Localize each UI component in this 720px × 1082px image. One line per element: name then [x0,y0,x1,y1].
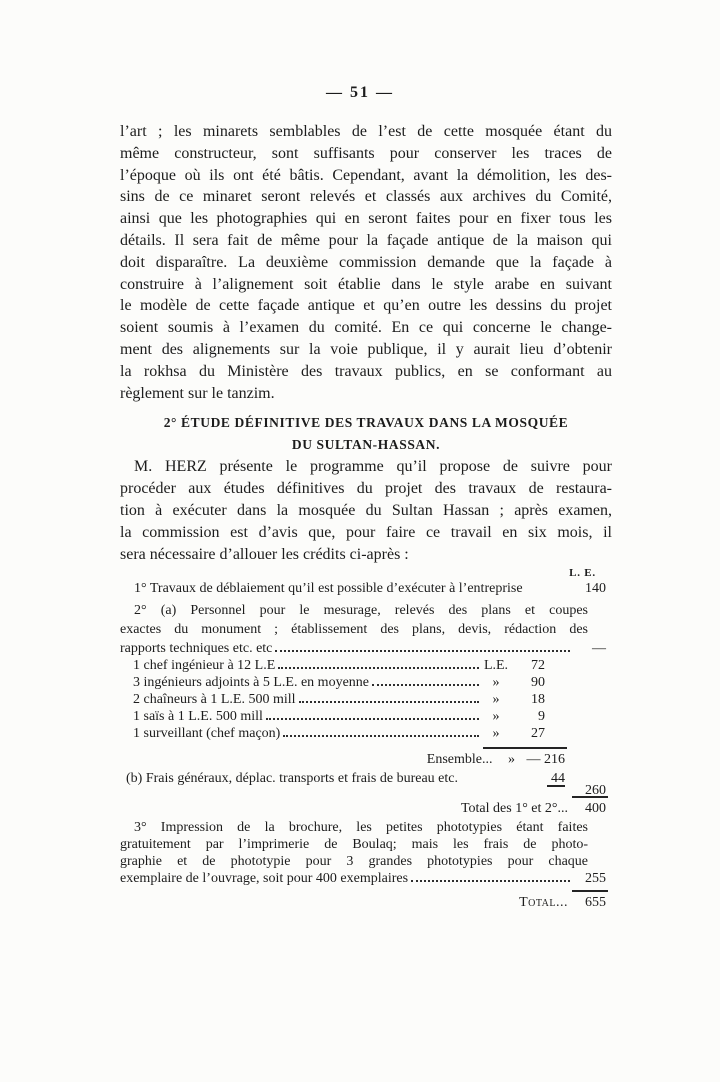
row-text: 1 chef ingénieur à 12 L.E [120,657,481,674]
text-line: ment des alignements sur la voie publiqu… [120,339,612,361]
row-text: Ensemble... [120,751,497,768]
row-text: 3° Impression de la brochure, les petite… [120,819,588,836]
budget-table: L. E.1° Travaux de déblaiement qu’il est… [120,567,612,911]
row-text: 1 saïs à 1 L.E. 500 mill [120,708,481,725]
budget-row: 260 [120,787,612,793]
row-text: (b) Frais généraux, déplac. transports e… [120,770,531,787]
currency-symbol: » [481,708,511,725]
budget-row: exemplaire de l’ouvrage, soit pour 400 e… [120,870,612,887]
budget-row: Total des 1° et 2°...400 [120,800,612,817]
budget-row: graphie et de phototypie pour 3 grandes … [120,853,612,870]
currency-symbol: » [481,674,511,691]
amount-inner: 18 [511,691,545,708]
row-label: 3 ingénieurs adjoints à 5 L.E. en moyenn… [133,674,369,691]
text-line: sins de ce minaret seront relevés et cla… [120,186,612,208]
section-heading-line1: 2° ÉTUDE DÉFINITIVE DES TRAVAUX DANS LA … [120,412,612,434]
amount-inner: 27 [511,725,545,742]
row-label: rapports techniques etc. etc [120,640,272,657]
budget-row: 1 chef ingénieur à 12 L.EL.E.72 [120,657,612,674]
currency-symbol: L.E. [481,657,511,674]
text-line: la commission est d’avis que, pour faire… [120,522,612,544]
text-line: l’époque où ils ont été bâtis. Cependant… [120,165,612,187]
amount-inner: 72 [511,657,545,674]
budget-row: 1 surveillant (chef maçon)»27 [120,725,612,742]
budget-row: rapports techniques etc. etc— [120,640,612,657]
sum-rule [572,796,608,798]
row-text: 1 surveillant (chef maçon) [120,725,481,742]
budget-row: (b) Frais généraux, déplac. transports e… [120,770,612,787]
text-line: ainsi que les photographies qui en seron… [120,208,612,230]
row-text: 1° Travaux de déblaiement qu’il est poss… [120,580,572,597]
leader-dots [283,735,479,737]
row-text: 2 chaîneurs à 1 L.E. 500 mill [120,691,481,708]
row-label: 1° Travaux de déblaiement qu’il est poss… [134,580,523,597]
page-number: — 51 — [0,84,720,102]
row-text: rapports techniques etc. etc [120,640,572,657]
budget-row: L. E. [120,567,612,580]
budget-row: 1 saïs à 1 L.E. 500 mill»9 [120,708,612,725]
row-text: graphie et de phototypie pour 3 grandes … [120,853,588,870]
text-line: l’art ; les minarets semblables de l’est… [120,121,612,143]
currency-header: L. E. [120,567,612,580]
paragraph-2: M. HERZ présente le programme qu’il prop… [120,456,612,565]
text-line: tion à exécuter dans la mosquée du Sulta… [120,500,612,522]
amount-outer: — [572,640,612,657]
row-text: exactes du monument ; établissement des … [120,621,588,638]
row-label: exemplaire de l’ouvrage, soit pour 400 e… [120,870,408,887]
sum-rule [483,747,567,749]
row-text: Total des 1° et 2°... [120,800,572,817]
sum-rule [572,890,608,892]
currency-symbol: » [481,691,511,708]
amount-inner: 9 [511,708,545,725]
amount-outer: 655 [572,894,612,911]
sum-rule [547,785,565,787]
page-content: l’art ; les minarets semblables de l’est… [120,121,612,911]
row-text: 3 ingénieurs adjoints à 5 L.E. en moyenn… [120,674,481,691]
amount-inner: — 216 [527,751,566,768]
budget-row: exactes du monument ; établissement des … [120,621,612,638]
row-label: Ensemble... [427,751,493,768]
leader-dots [266,718,479,720]
amount-inner: 90 [511,674,545,691]
leader-dots [411,880,570,882]
currency-symbol: » [497,751,527,768]
document-page: — 51 — l’art ; les minarets semblables d… [0,0,720,1082]
text-line: même constructeur, sont suffisants pour … [120,143,612,165]
leader-dots [275,650,570,652]
row-label: 1 chef ingénieur à 12 L.E [133,657,275,674]
leader-dots [299,701,479,703]
row-text: exemplaire de l’ouvrage, soit pour 400 e… [120,870,572,887]
amount-outer: 255 [572,870,612,887]
text-line: soient soumis à l’examen du comité. En c… [120,317,612,339]
row-label: Total des 1° et 2°... [461,800,568,817]
text-line: construire à l’alignement soit établie d… [120,274,612,296]
row-label: (b) Frais généraux, déplac. transports e… [126,770,458,787]
row-text: 2° (a) Personnel pour le mesurage, relev… [120,602,588,619]
leader-dots [372,684,479,686]
row-label: 1 saïs à 1 L.E. 500 mill [133,708,263,725]
row-label: 1 surveillant (chef maçon) [133,725,280,742]
text-line: détails. Il sera fait de même pour la fa… [120,230,612,252]
text-line: sera nécessaire d’allouer les crédits ci… [120,544,612,566]
row-label: Total... [519,894,568,911]
amount-outer: 400 [572,800,612,817]
budget-row: gratuitement par l’imprimerie de Boulaq;… [120,836,612,853]
budget-row: 3° Impression de la brochure, les petite… [120,819,612,836]
section-heading-line2: DU SULTAN-HASSAN. [120,434,612,456]
section-heading: 2° ÉTUDE DÉFINITIVE DES TRAVAUX DANS LA … [120,412,612,456]
amount-outer: 140 [572,580,612,597]
budget-row: Total...655 [120,894,612,911]
row-text: Total... [120,894,572,911]
leader-dots [278,667,479,669]
text-line: la rokhsa du Ministère des travaux publi… [120,361,612,383]
text-line: M. HERZ présente le programme qu’il prop… [120,456,612,478]
budget-row: 2° (a) Personnel pour le mesurage, relev… [120,602,612,619]
row-label: 2 chaîneurs à 1 L.E. 500 mill [133,691,296,708]
text-line: le modèle de cette façade antique et qu’… [120,295,612,317]
text-line: règlement sur le tanzim. [120,383,612,405]
budget-row: 2 chaîneurs à 1 L.E. 500 mill»18 [120,691,612,708]
budget-row: 1° Travaux de déblaiement qu’il est poss… [120,580,612,597]
paragraph-1: l’art ; les minarets semblables de l’est… [120,121,612,404]
text-line: procéder aux études définitives du proje… [120,478,612,500]
currency-symbol: » [481,725,511,742]
row-text: gratuitement par l’imprimerie de Boulaq;… [120,836,588,853]
budget-row: Ensemble...»— 216 [120,751,612,768]
text-line: doit disparaître. La deuxième commission… [120,252,612,274]
budget-row: 3 ingénieurs adjoints à 5 L.E. en moyenn… [120,674,612,691]
